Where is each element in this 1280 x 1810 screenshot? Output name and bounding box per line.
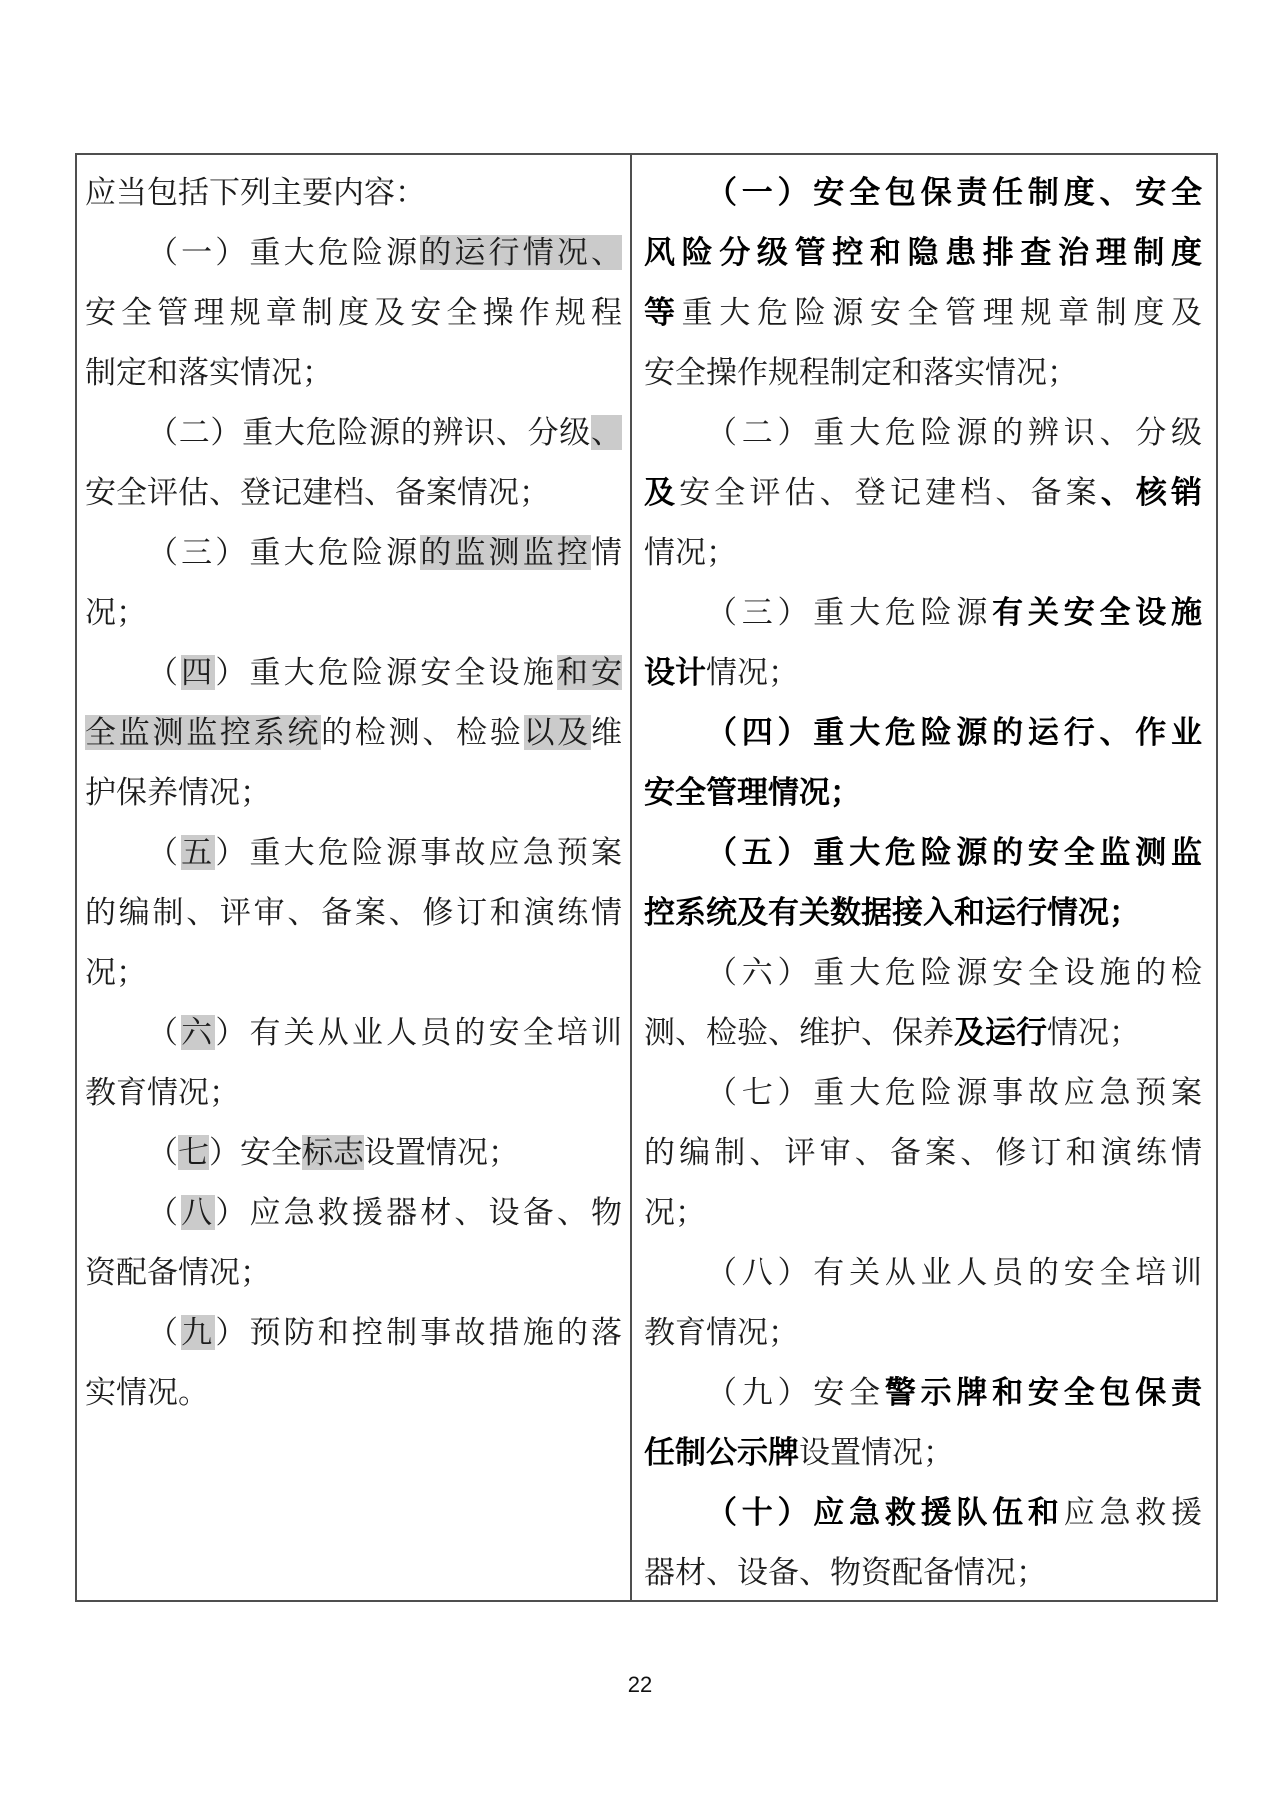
bold-text-run: 任制公示牌	[644, 1435, 799, 1470]
text-run: 情况；	[706, 655, 799, 690]
text-line: 况；	[85, 943, 622, 1003]
bold-text-run: 控系统及有关数据接入和运行情况；	[644, 895, 1140, 930]
text-run: ）重大危险源安全设施	[215, 655, 557, 690]
page-number: 22	[0, 1672, 1280, 1698]
new-version-column: （一）安全包保责任制度、安全风险分级管控和隐患排查治理制度等重大危险源安全管理规…	[632, 155, 1216, 1600]
text-line: 风险分级管控和隐患排查治理制度	[644, 223, 1202, 283]
text-run: 应当包括下列主要内容：	[85, 175, 426, 210]
text-run: （	[147, 835, 181, 870]
text-line: 资配备情况；	[85, 1243, 622, 1303]
text-line: 的编制、评审、备案、修订和演练情	[85, 883, 622, 943]
text-line: （四）重大危险源安全设施和安	[85, 643, 622, 703]
highlighted-text-run: 四	[181, 655, 215, 690]
text-run: 情况；	[644, 535, 737, 570]
text-line: （九）安全警示牌和安全包保责	[644, 1363, 1202, 1423]
text-line: 制定和落实情况；	[85, 343, 622, 403]
text-line: 等重大危险源安全管理规章制度及	[644, 283, 1202, 343]
text-run: （九）安全	[706, 1375, 885, 1410]
text-run: （六）重大危险源安全设施的检	[706, 955, 1202, 990]
bold-text-run: 安全管理情况；	[644, 775, 861, 810]
document-page: { "page": { "number": "22" }, "colors": …	[0, 0, 1280, 1810]
text-line: 情况；	[644, 523, 1202, 583]
text-run: 维	[591, 715, 622, 750]
bold-text-run: 、核销	[1101, 475, 1202, 510]
text-line: 护保养情况；	[85, 763, 622, 823]
text-run: （	[147, 1195, 181, 1230]
text-run: ）重大危险源事故应急预案	[215, 835, 622, 870]
text-line: 全监测监控系统的检测、检验以及维	[85, 703, 622, 763]
text-run: （七）重大危险源事故应急预案	[706, 1075, 1202, 1110]
text-run: ）有关从业人员的安全培训	[215, 1015, 622, 1050]
highlighted-text-run: 六	[181, 1015, 215, 1050]
highlighted-text-run: 七	[178, 1135, 209, 1170]
text-run: 设置情况；	[799, 1435, 954, 1470]
text-line: 况；	[644, 1183, 1202, 1243]
text-line: （六）有关从业人员的安全培训	[85, 1003, 622, 1063]
text-line: （一）重大危险源的运行情况、	[85, 223, 622, 283]
bold-text-run: 及运行	[954, 1015, 1047, 1050]
text-line: （六）重大危险源安全设施的检	[644, 943, 1202, 1003]
highlighted-text-run: 五	[181, 835, 215, 870]
text-line: 安全操作规程制定和落实情况；	[644, 343, 1202, 403]
text-run: 应急救援	[1064, 1495, 1202, 1530]
text-line: （三）重大危险源有关安全设施	[644, 583, 1202, 643]
bold-text-run: （五）重大危险源的安全监测监	[706, 835, 1202, 870]
text-run: 安全评估、登记建档、备案	[679, 475, 1101, 510]
text-run: ）预防和控制事故措施的落	[215, 1315, 622, 1350]
text-run: 的检测、检验	[321, 715, 523, 750]
text-line: 安全评估、登记建档、备案情况；	[85, 463, 622, 523]
text-run: 实情况。	[85, 1375, 209, 1410]
text-run: 制定和落实情况；	[85, 355, 333, 390]
text-run: 的编制、评审、备案、修订和演练情	[644, 1135, 1202, 1170]
text-run: （	[147, 1315, 181, 1350]
text-line: （四）重大危险源的运行、作业	[644, 703, 1202, 763]
bold-text-run: 设计	[644, 655, 706, 690]
text-line: （八）应急救援器材、设备、物	[85, 1183, 622, 1243]
text-line: 任制公示牌设置情况；	[644, 1423, 1202, 1483]
text-run: 测、检验、维护、保养	[644, 1015, 954, 1050]
bold-text-run: （十）应急救援队伍和	[706, 1495, 1064, 1530]
text-run: 安全评估、登记建档、备案情况；	[85, 475, 550, 510]
text-run: 护保养情况；	[85, 775, 271, 810]
text-run: （	[147, 1015, 181, 1050]
text-line: （七）安全标志设置情况；	[85, 1123, 622, 1183]
text-run: （二）重大危险源的辨识、分级	[147, 415, 591, 450]
text-line: 实情况。	[85, 1363, 622, 1423]
text-line: 应当包括下列主要内容：	[85, 163, 622, 223]
text-line: 及安全评估、登记建档、备案、核销	[644, 463, 1202, 523]
text-run: 情	[591, 535, 622, 570]
text-run: 安全操作规程制定和落实情况；	[644, 355, 1078, 390]
text-line: 况；	[85, 583, 622, 643]
highlighted-text-run: 、	[591, 415, 622, 450]
text-run: 况；	[85, 955, 147, 990]
bold-text-run: 有关安全设施	[992, 595, 1202, 630]
text-line: （十）应急救援队伍和应急救援	[644, 1483, 1202, 1543]
text-line: 教育情况；	[644, 1303, 1202, 1363]
text-run: （二）重大危险源的辨识、分级	[706, 415, 1202, 450]
bold-text-run: 及	[644, 475, 679, 510]
text-line: （五）重大危险源的安全监测监	[644, 823, 1202, 883]
text-line: 设计情况；	[644, 643, 1202, 703]
text-line: 测、检验、维护、保养及运行情况；	[644, 1003, 1202, 1063]
text-run: （八）有关从业人员的安全培训	[706, 1255, 1202, 1290]
text-line: （八）有关从业人员的安全培训	[644, 1243, 1202, 1303]
text-line: 控系统及有关数据接入和运行情况；	[644, 883, 1202, 943]
text-run: 情况；	[1047, 1015, 1140, 1050]
text-run: （三）重大危险源	[706, 595, 992, 630]
text-run: 教育情况；	[644, 1315, 799, 1350]
text-run: （三）重大危险源	[147, 535, 420, 570]
text-line: 器材、设备、物资配备情况；	[644, 1543, 1202, 1600]
text-line: （五）重大危险源事故应急预案	[85, 823, 622, 883]
text-run: ）安全	[209, 1135, 302, 1170]
text-line: 安全管理规章制度及安全操作规程	[85, 283, 622, 343]
bold-text-run: （四）重大危险源的运行、作业	[706, 715, 1202, 750]
highlighted-text-run: 以及	[524, 715, 591, 750]
text-run: 况；	[644, 1195, 706, 1230]
text-line: （三）重大危险源的监测监控情	[85, 523, 622, 583]
text-line: 安全管理情况；	[644, 763, 1202, 823]
text-run: 设置情况；	[364, 1135, 519, 1170]
text-line: 的编制、评审、备案、修订和演练情	[644, 1123, 1202, 1183]
highlighted-text-run: 标志	[302, 1135, 364, 1170]
text-run: （	[147, 1135, 178, 1170]
text-line: （二）重大危险源的辨识、分级	[644, 403, 1202, 463]
text-line: （七）重大危险源事故应急预案	[644, 1063, 1202, 1123]
highlighted-text-run: 的监测监控	[420, 535, 591, 570]
comparison-table: 应当包括下列主要内容：（一）重大危险源的运行情况、安全管理规章制度及安全操作规程…	[75, 153, 1218, 1602]
text-run: （	[147, 655, 181, 690]
highlighted-text-run: 的运行情况、	[420, 235, 622, 270]
text-run: （一）重大危险源	[147, 235, 420, 270]
highlighted-text-run: 八	[181, 1195, 215, 1230]
highlighted-text-run: 九	[181, 1315, 215, 1350]
bold-text-run: 警示牌和安全包保责	[885, 1375, 1202, 1410]
text-run: 况；	[85, 595, 147, 630]
text-run: 的编制、评审、备案、修订和演练情	[85, 895, 622, 930]
highlighted-text-run: 全监测监控系统	[85, 715, 321, 750]
text-line: （二）重大危险源的辨识、分级、	[85, 403, 622, 463]
text-run: 资配备情况；	[85, 1255, 271, 1290]
bold-text-run: （一）安全包保责任制度、安全	[706, 175, 1202, 210]
text-line: 教育情况；	[85, 1063, 622, 1123]
text-run: 器材、设备、物资配备情况；	[644, 1555, 1047, 1590]
text-line: （九）预防和控制事故措施的落	[85, 1303, 622, 1363]
bold-text-run: 风险分级管控和隐患排查治理制度	[644, 235, 1202, 270]
old-version-column: 应当包括下列主要内容：（一）重大危险源的运行情况、安全管理规章制度及安全操作规程…	[77, 155, 632, 1600]
highlighted-text-run: 和安	[557, 655, 622, 690]
text-run: 教育情况；	[85, 1075, 240, 1110]
text-run: 安全管理规章制度及安全操作规程	[85, 295, 622, 330]
text-line: （一）安全包保责任制度、安全	[644, 163, 1202, 223]
text-run: 重大危险源安全管理规章制度及	[682, 295, 1202, 330]
bold-text-run: 等	[644, 295, 682, 330]
text-run: ）应急救援器材、设备、物	[215, 1195, 622, 1230]
